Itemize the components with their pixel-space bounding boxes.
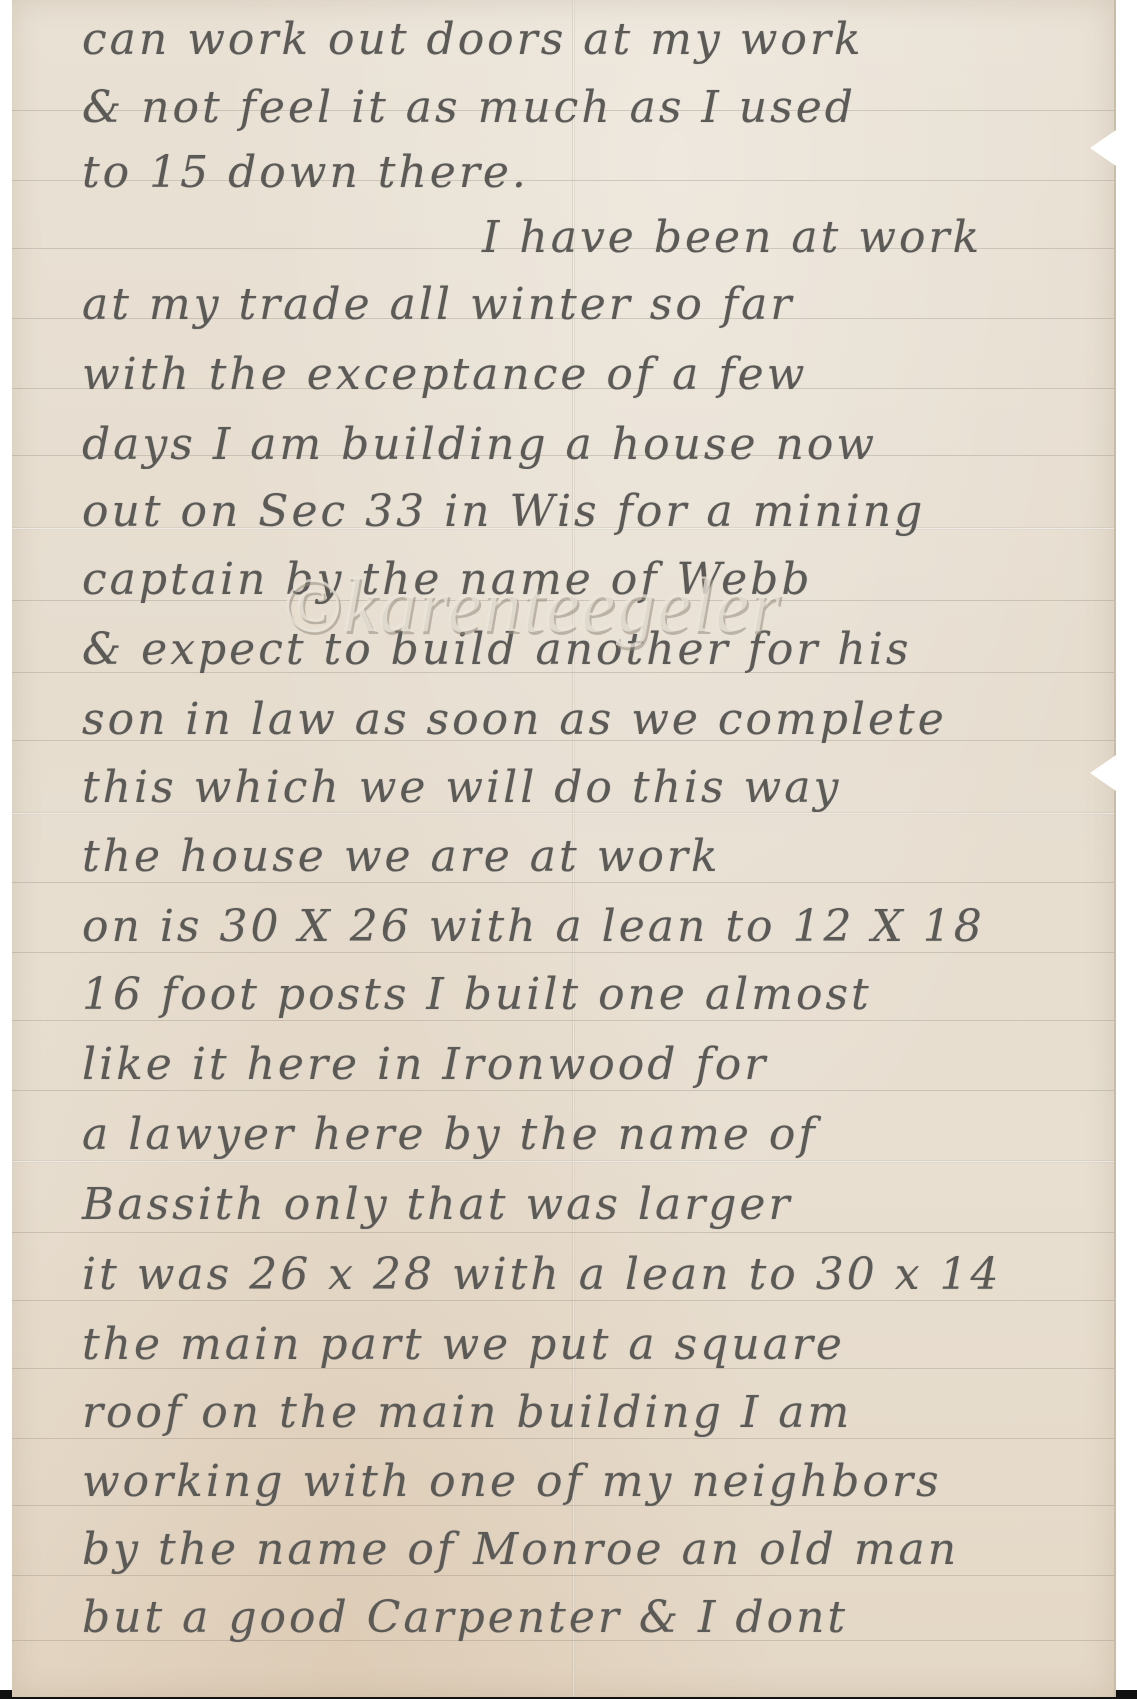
handwritten-line: like it here in Ironwood for — [82, 1035, 1102, 1095]
handwritten-line: it was 26 x 28 with a lean to 30 x 14 — [82, 1245, 1102, 1305]
handwritten-line: Bassith only that was larger — [82, 1175, 1102, 1235]
handwritten-line: can work out doors at my work — [82, 10, 1102, 70]
handwritten-line: working with one of my neighbors — [82, 1452, 1102, 1512]
handwritten-line: the main part we put a square — [82, 1315, 1102, 1375]
handwritten-line: & not feel it as much as I used — [82, 78, 1102, 138]
handwritten-line: to 15 down there. — [82, 143, 1102, 203]
handwritten-line: by the name of Monroe an old man — [82, 1520, 1102, 1580]
handwritten-line: on is 30 X 26 with a lean to 12 X 18 — [82, 897, 1102, 957]
handwritten-line: son in law as soon as we complete — [82, 690, 1102, 750]
handwritten-line: I have been at work — [482, 208, 1137, 268]
handwritten-line: the house we are at work — [82, 827, 1102, 887]
handwritten-line: roof on the main building I am — [82, 1383, 1102, 1443]
handwritten-line: but a good Carpenter & I dont — [82, 1588, 1102, 1648]
letter-page: can work out doors at my work & not feel… — [12, 0, 1116, 1697]
handwritten-line: at my trade all winter so far — [82, 275, 1102, 335]
handwritten-line: out on Sec 33 in Wis for a mining — [82, 482, 1102, 542]
copyright-watermark: ©karenteegeler — [282, 560, 781, 650]
handwritten-line: 16 foot posts I built one almost — [82, 965, 1102, 1025]
handwritten-line: this which we will do this way — [82, 758, 1102, 818]
handwritten-line: with the exceptance of a few — [82, 345, 1102, 405]
handwritten-line: a lawyer here by the name of — [82, 1105, 1102, 1165]
handwritten-line: days I am building a house now — [82, 415, 1102, 475]
